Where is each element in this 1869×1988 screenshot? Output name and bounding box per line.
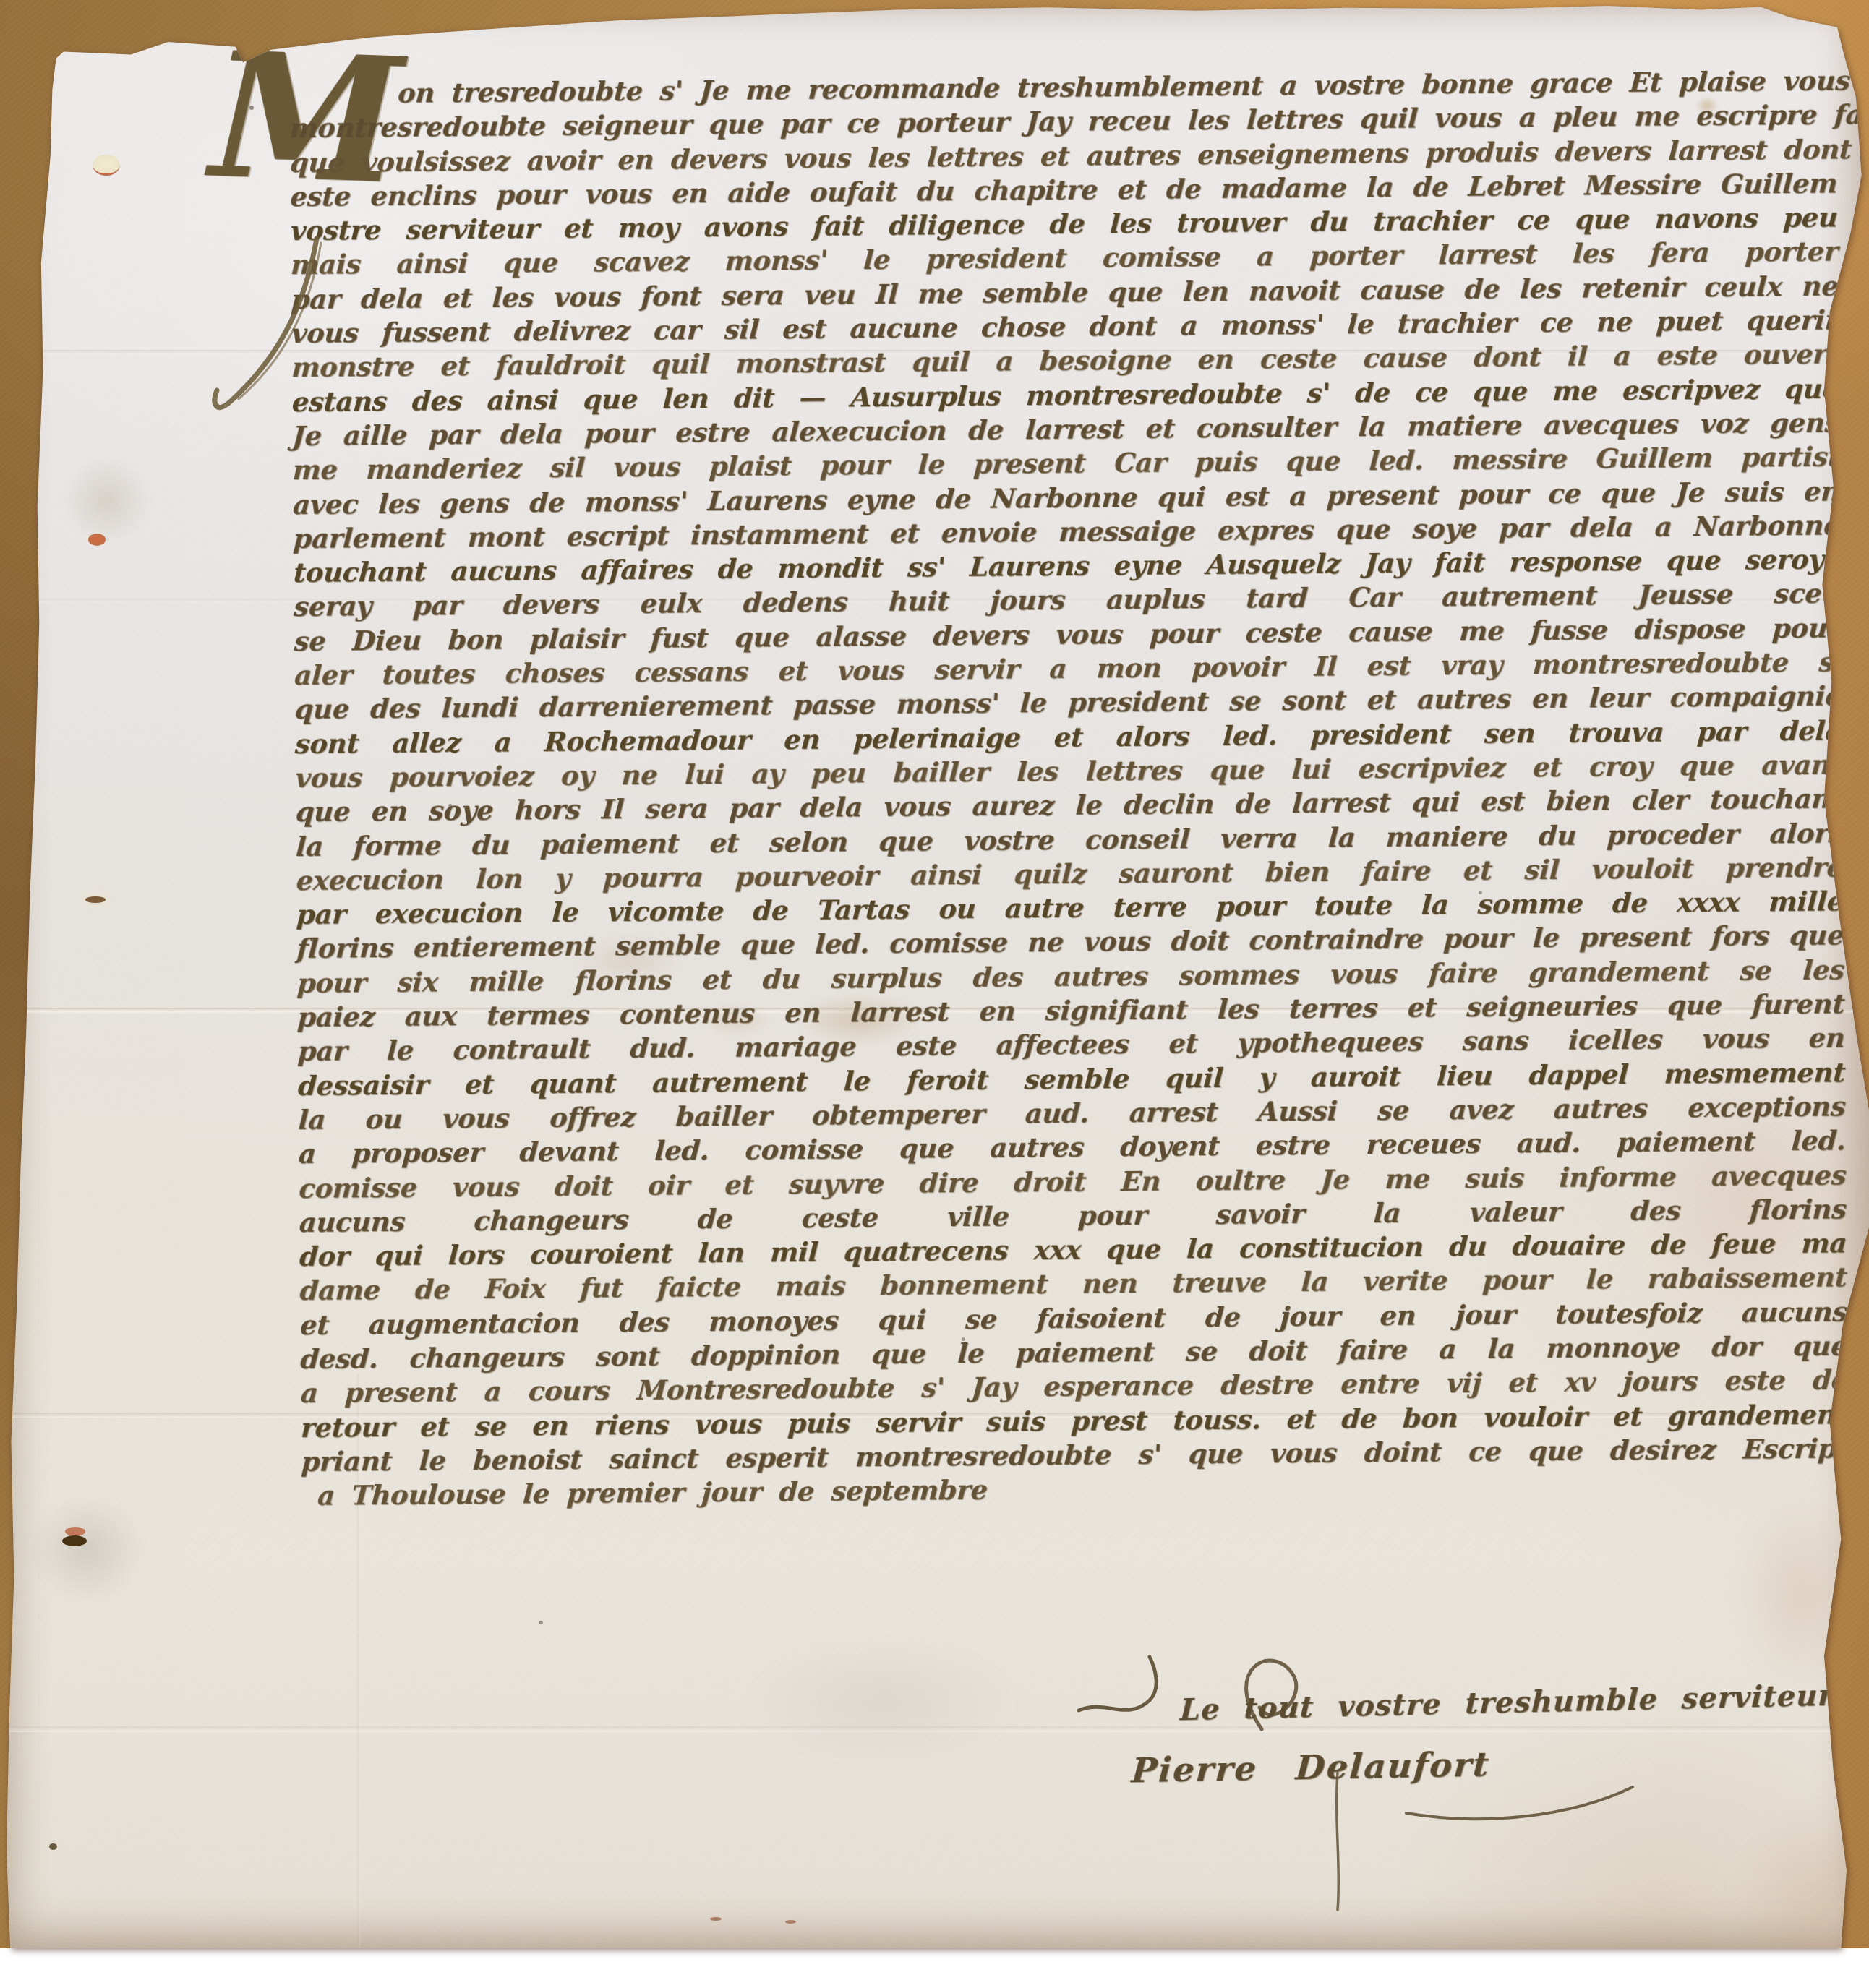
manuscript-sheet: M on tresredoubte s' Je me recommande tr…: [0, 0, 1869, 1948]
paper-chip: [93, 155, 120, 176]
stain-halo: [29, 1495, 145, 1603]
stain-blob: [64, 457, 150, 544]
dark-freckle: [49, 1843, 57, 1850]
worm-slit: [85, 896, 106, 903]
fiber-speck: [539, 1621, 543, 1624]
red-mark: [710, 1917, 722, 1921]
red-mark: [785, 1920, 796, 1924]
wax-spot: [88, 534, 106, 546]
manuscript-sheet-wrap: M on tresredoubte s' Je me recommande tr…: [0, 0, 1869, 1948]
photo-background: M on tresredoubte s' Je me recommande tr…: [0, 0, 1869, 1948]
signature-name: Pierre Delaufort: [1130, 1745, 1492, 1791]
show-through: [745, 1640, 1019, 1762]
letter-body: on tresredoubte s' Je me recommande tres…: [289, 64, 1849, 1514]
wormhole: [62, 1535, 87, 1546]
edge-stain: [1735, 1496, 1869, 1692]
